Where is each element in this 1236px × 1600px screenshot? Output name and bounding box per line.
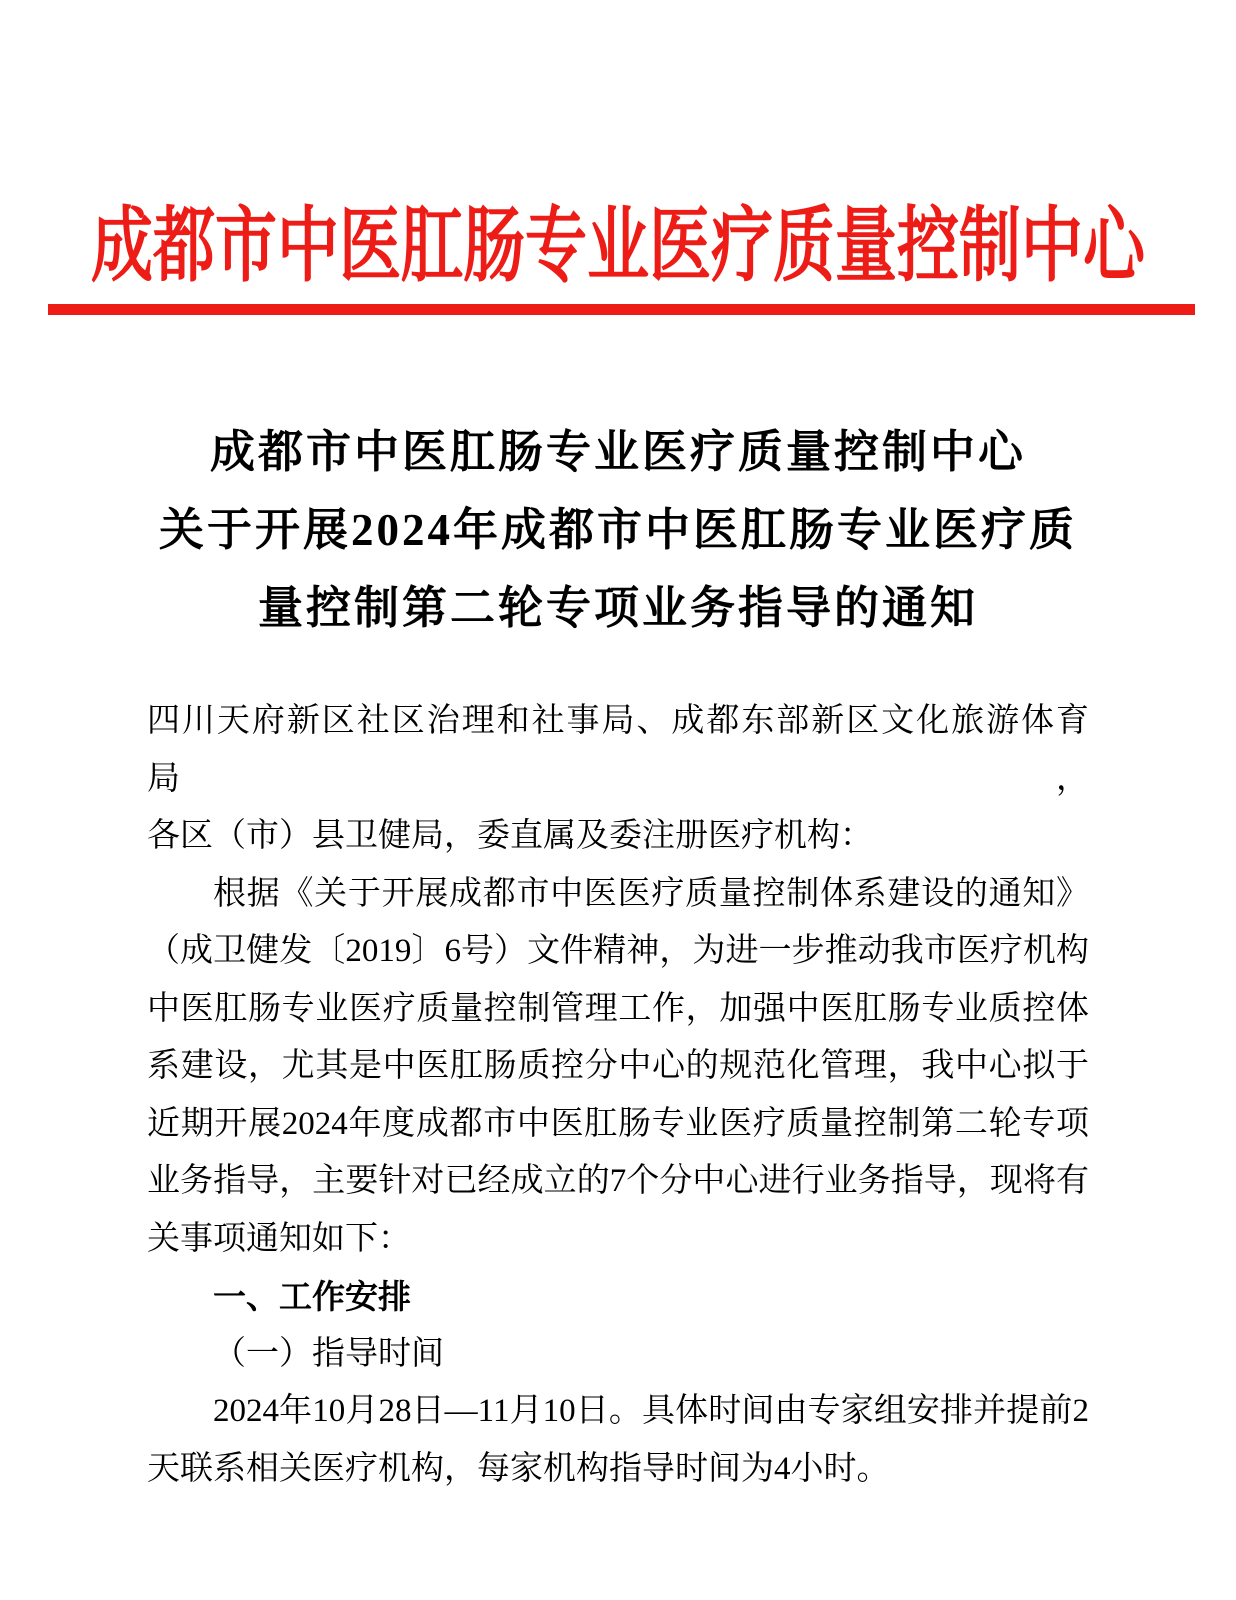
paragraph-line: 中医肛肠专业医疗质量控制管理工作，加强中医肛肠专业质控体 [147,981,1089,1039]
document-title-line-2: 关于开展2024年成都市中医肛肠专业医疗质 [0,491,1236,569]
paragraph-line: （成卫健发〔2019〕6号）文件精神，为进一步推动我市医疗机构 [147,923,1089,981]
document-title-line-3: 量控制第二轮专项业务指导的通知 [0,569,1236,647]
salutation-line: 四川天府新区社区治理和社事局、成都东部新区文化旅游体育局， [147,693,1089,808]
section-heading: 一、工作安排 [147,1268,1089,1326]
paragraph-line: 关事项通知如下： [147,1211,1089,1269]
letterhead: 成都市中医肛肠专业医疗质量控制中心 [0,196,1236,288]
paragraph-line: 业务指导，主要针对已经成立的7个分中心进行业务指导，现将有 [147,1153,1089,1211]
letterhead-divider [48,304,1195,315]
document-title: 成都市中医肛肠专业医疗质量控制中心 关于开展2024年成都市中医肛肠专业医疗质 … [0,413,1236,647]
section-subheading: （一）指导时间 [147,1326,1089,1384]
paragraph-line: 天联系相关医疗机构，每家机构指导时间为4小时。 [147,1441,1089,1499]
paragraph-line: 2024年10月28日—11月10日。具体时间由专家组安排并提前2 [147,1383,1089,1441]
paragraph-line: 根据《关于开展成都市中医医疗质量控制体系建设的通知》 [147,866,1089,924]
salutation-line: 各区（市）县卫健局，委直属及委注册医疗机构： [147,808,1089,866]
paragraph-line: 近期开展2024年度成都市中医肛肠专业医疗质量控制第二轮专项 [147,1096,1089,1154]
paragraph-line: 系建设，尤其是中医肛肠质控分中心的规范化管理，我中心拟于 [147,1038,1089,1096]
document-page: 成都市中医肛肠专业医疗质量控制中心 成都市中医肛肠专业医疗质量控制中心 关于开展… [0,0,1236,1600]
document-body: 四川天府新区社区治理和社事局、成都东部新区文化旅游体育局， 各区（市）县卫健局，… [147,693,1089,1498]
letterhead-title: 成都市中医肛肠专业医疗质量控制中心 [91,206,1145,288]
document-title-line-1: 成都市中医肛肠专业医疗质量控制中心 [0,413,1236,491]
